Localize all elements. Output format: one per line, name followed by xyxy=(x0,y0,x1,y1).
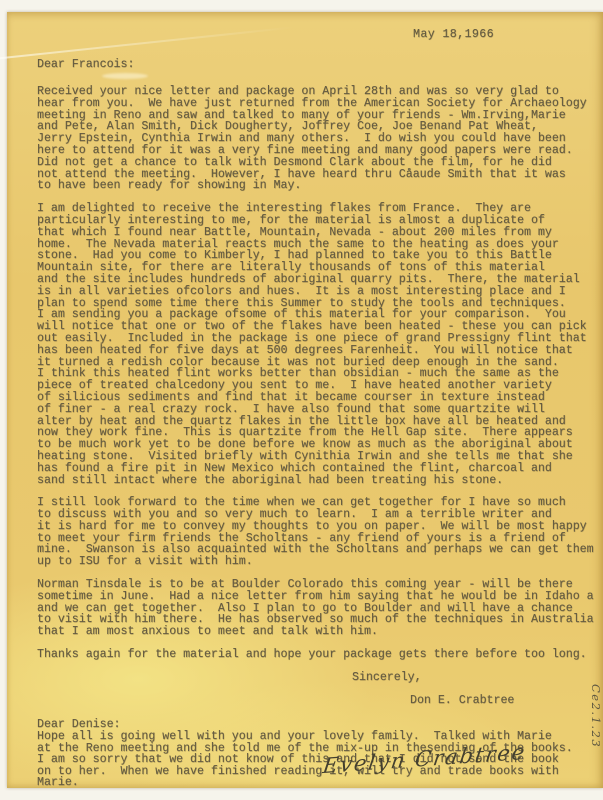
paragraph-2: I am delighted to receive the interestin… xyxy=(37,203,603,486)
paragraph-1: Received your nice letter and package on… xyxy=(37,86,603,192)
archive-margin-note: Ce2.1.23 xyxy=(589,684,603,748)
closing-sincerely: Sincerely, xyxy=(352,672,603,684)
paragraph-4: Norman Tinsdale is to be at Boulder Colo… xyxy=(37,579,603,638)
paper-crease xyxy=(0,26,294,59)
closing-signature-name: Don E. Crabtree xyxy=(410,695,603,707)
letter-body: Dear Francois: Received your nice letter… xyxy=(37,58,603,789)
paragraph-3: I still look forward to the time when we… xyxy=(37,497,603,568)
letter-date: May 18,1966 xyxy=(413,28,494,41)
letter-paper: May 18,1966 Dear Francois: Received your… xyxy=(7,12,603,788)
paragraph-thanks: Thanks again for the material and hope y… xyxy=(37,649,603,661)
salutation: Dear Francois: xyxy=(37,58,603,71)
